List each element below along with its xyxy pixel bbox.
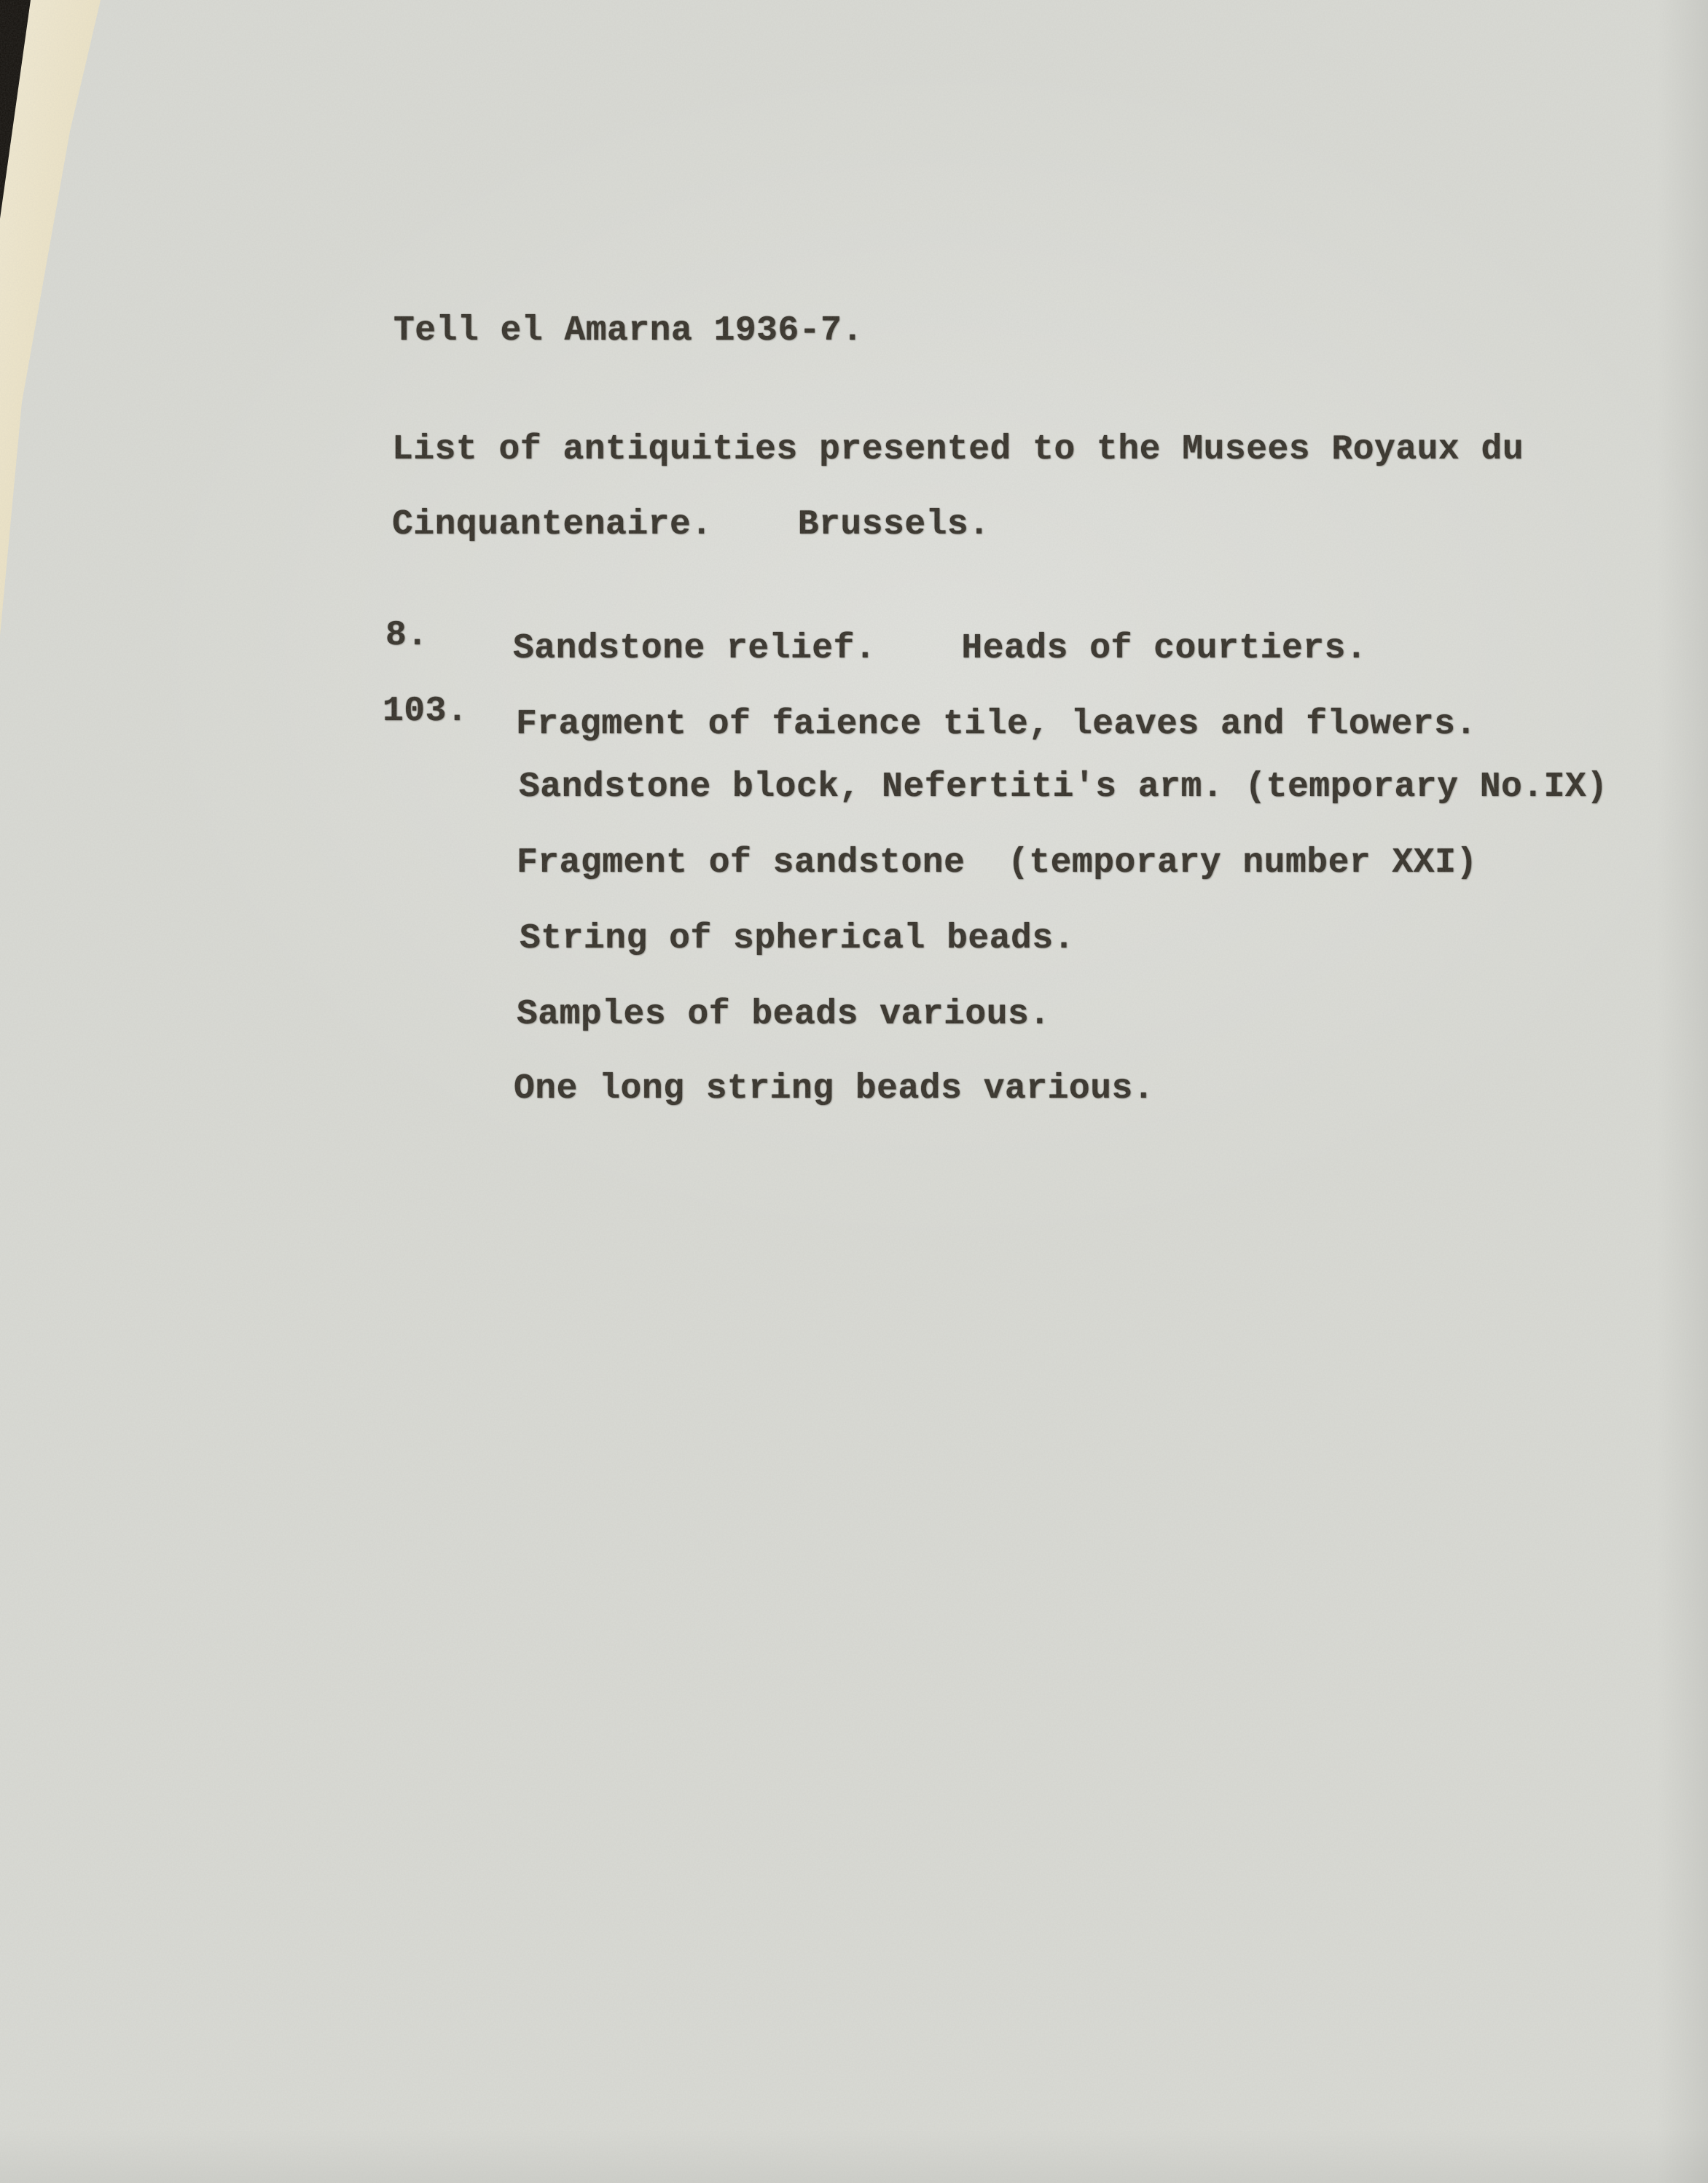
item-number: 103. (383, 690, 468, 733)
scanned-document-page: Tell el Amarna 1936-7. List of antiquiti… (0, 0, 1708, 2183)
list-item: 8. Sandstone relief. Heads of courtiers. (0, 601, 1708, 645)
item-description: Fragment of sandstone (temporary number … (517, 842, 1478, 884)
list-item: Samples of beads various. (0, 980, 1708, 1024)
intro-line-2: Cinquantenaire. Brussels. (0, 491, 1708, 534)
list-item: String of spherical beads. (0, 905, 1708, 948)
item-description: Sandstone block, Nefertiti's arm. (tempo… (519, 766, 1608, 808)
document-heading: Tell el Amarna 1936-7. (393, 310, 863, 352)
list-item: One long string beads various. (0, 1055, 1708, 1098)
list-item: Fragment of sandstone (temporary number … (0, 829, 1708, 872)
list-item: 103. Fragment of faience tile, leaves an… (0, 677, 1708, 721)
item-description: One long string beads various. (514, 1068, 1154, 1110)
paper-sheet: Tell el Amarna 1936-7. List of antiquiti… (0, 0, 1708, 2183)
intro-line-1: List of antiquities presented to the Mus… (0, 415, 1708, 459)
list-item: Sandstone block, Nefertiti's arm. (tempo… (0, 753, 1708, 797)
document-heading-line: Tell el Amarna 1936-7. (0, 297, 1708, 340)
intro-text-1: List of antiquities presented to the Mus… (392, 429, 1524, 471)
item-description: Sandstone relief. Heads of courtiers. (513, 628, 1367, 670)
item-description: String of spherical beads. (520, 918, 1075, 960)
item-description: Fragment of faience tile, leaves and flo… (516, 703, 1477, 746)
item-number: 8. (385, 614, 428, 657)
intro-text-2: Cinquantenaire. Brussels. (392, 504, 990, 546)
item-description: Samples of beads various. (517, 993, 1051, 1036)
